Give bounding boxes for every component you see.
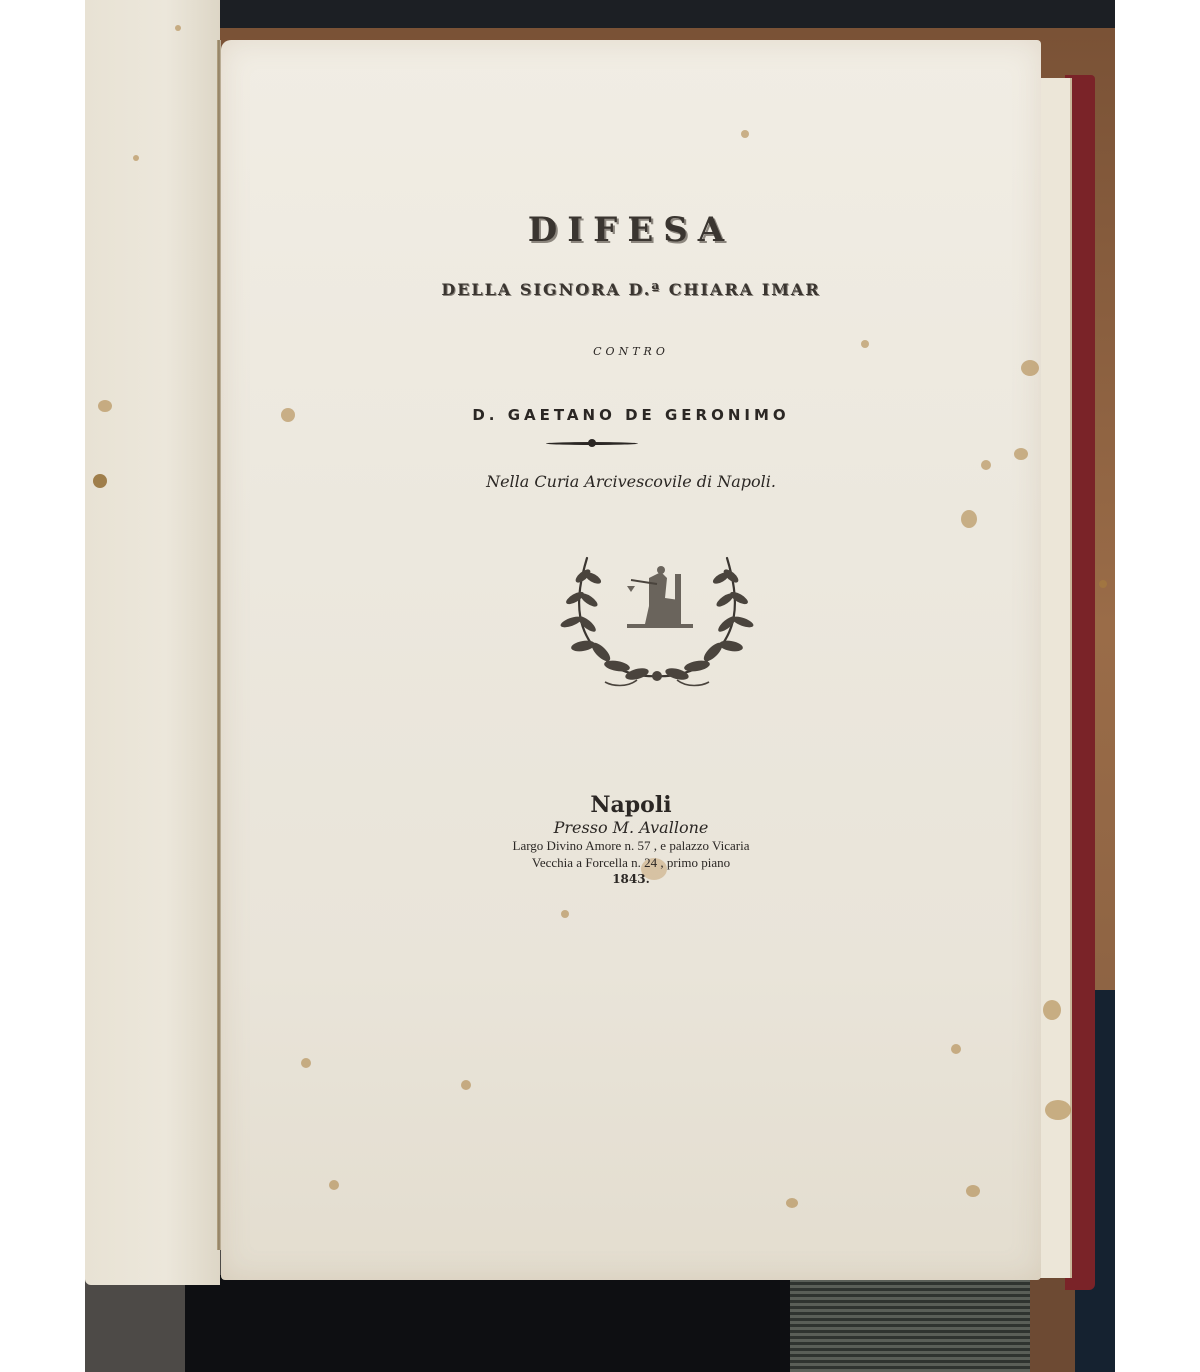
contro-label: CONTRO bbox=[221, 345, 1041, 358]
imprint-block: Napoli Presso M. Avallone Largo Divino A… bbox=[221, 792, 1041, 887]
dark-surface-top bbox=[85, 0, 1115, 28]
ornamental-rule-dot bbox=[588, 439, 596, 447]
laurel-justice-emblem-icon bbox=[557, 548, 757, 690]
court-line: Nella Curia Arcivescovile di Napoli. bbox=[221, 472, 1041, 491]
page-edges bbox=[1040, 78, 1072, 1278]
woven-fabric bbox=[790, 1280, 1030, 1372]
imprint-address-line1: Largo Divino Amore n. 57 , e palazzo Vic… bbox=[221, 837, 1041, 854]
imprint-address-line2: Vecchia a Forcella n. 24 , primo piano bbox=[221, 854, 1041, 871]
book-subtitle: DELLA SIGNORA D.ª CHIARA IMAR bbox=[221, 280, 1041, 299]
book-photograph: DIFESA DELLA SIGNORA D.ª CHIARA IMAR CON… bbox=[85, 0, 1115, 1372]
left-page bbox=[85, 0, 220, 1285]
imprint-city: Napoli bbox=[221, 792, 1041, 818]
book-title: DIFESA bbox=[221, 210, 1041, 250]
imprint-year: 1843. bbox=[221, 871, 1041, 887]
imprint-printer: Presso M. Avallone bbox=[221, 818, 1041, 837]
opponent-name: D. GAETANO DE GERONIMO bbox=[221, 406, 1041, 424]
dark-cloth bbox=[185, 1275, 825, 1372]
